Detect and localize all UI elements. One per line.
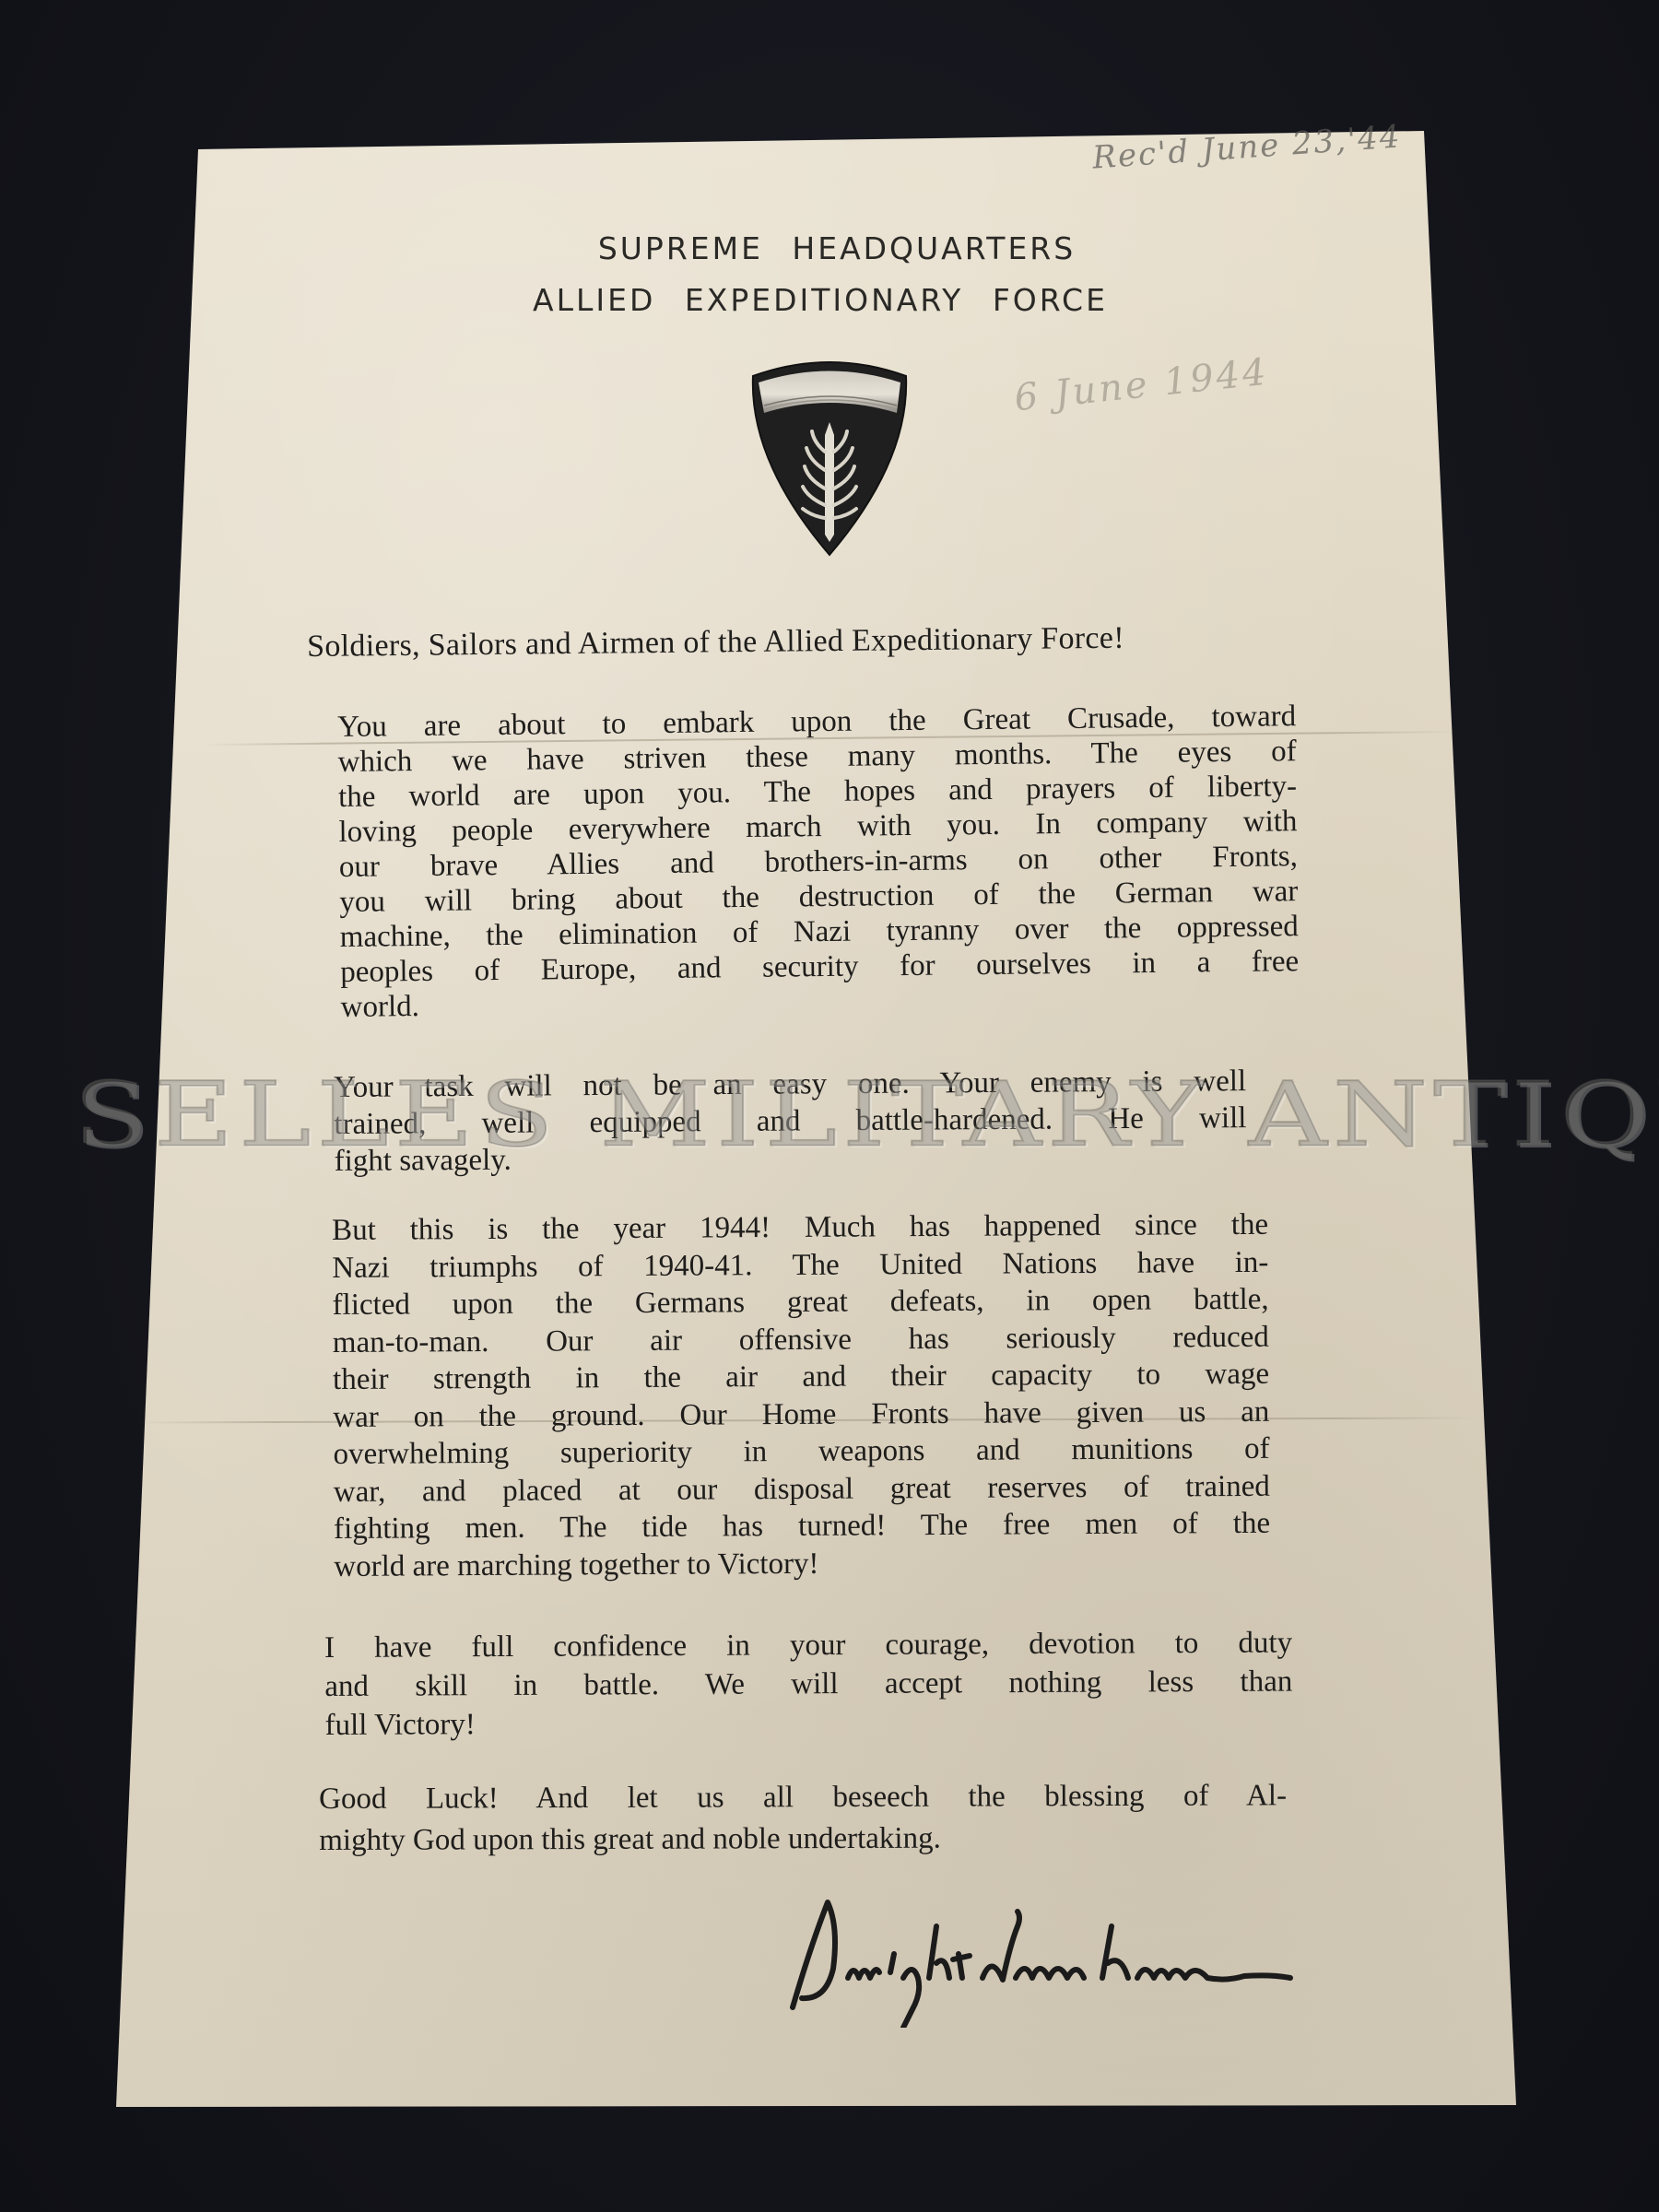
text-line: world are marching together to Victory! bbox=[334, 1542, 1270, 1585]
text-line: Good Luck! And let us all beseech the bl… bbox=[319, 1775, 1287, 1820]
text-line: and skill in battle. We will accept noth… bbox=[324, 1663, 1292, 1706]
header-line-2: ALLIED EXPEDITIONARY FORCE bbox=[0, 282, 1650, 318]
text-line: war on the ground. Our Home Fronts have … bbox=[333, 1393, 1269, 1436]
text-line: flicted upon the Germans great defeats, … bbox=[332, 1281, 1268, 1324]
text-line: mighty God upon this great and noble und… bbox=[319, 1817, 1287, 1862]
text-line: Your task will not be an easy one. Your … bbox=[334, 1063, 1246, 1106]
paragraph-3: But this is the year 1944! Much has happ… bbox=[332, 1206, 1270, 1585]
text-line: fighting men. The tide has turned! The f… bbox=[334, 1505, 1270, 1548]
paragraph-2: Your task will not be an easy one. Your … bbox=[334, 1063, 1247, 1180]
header-line-1: SUPREME HEADQUARTERS bbox=[7, 230, 1659, 266]
text-line: man-to-man. Our air offensive has seriou… bbox=[333, 1318, 1269, 1361]
text-line: trained, well equipped and battle-harden… bbox=[334, 1100, 1246, 1143]
text-line: their strength in the air and their capa… bbox=[333, 1356, 1269, 1399]
text-line: war, and placed at our disposal great re… bbox=[334, 1467, 1270, 1511]
text-line: overwhelming superiority in weapons and … bbox=[333, 1430, 1269, 1474]
eisenhower-signature: Dwight D. Eisenhower bbox=[774, 1889, 1419, 2028]
paragraph-5: Good Luck! And let us all beseech the bl… bbox=[319, 1775, 1287, 1862]
text-line: But this is the year 1944! Much has happ… bbox=[332, 1206, 1268, 1250]
text-line: Nazi triumphs of 1940-41. The United Nat… bbox=[332, 1243, 1268, 1287]
text-line: fight savagely. bbox=[335, 1136, 1247, 1180]
paragraph-4: I have full confidence in your courage, … bbox=[324, 1624, 1293, 1745]
shaef-shield-icon bbox=[742, 350, 917, 558]
text-line: full Victory! bbox=[324, 1701, 1292, 1745]
text-line: I have full confidence in your courage, … bbox=[324, 1624, 1292, 1667]
paragraph-1: You are about to embark upon the Great C… bbox=[337, 699, 1300, 1025]
